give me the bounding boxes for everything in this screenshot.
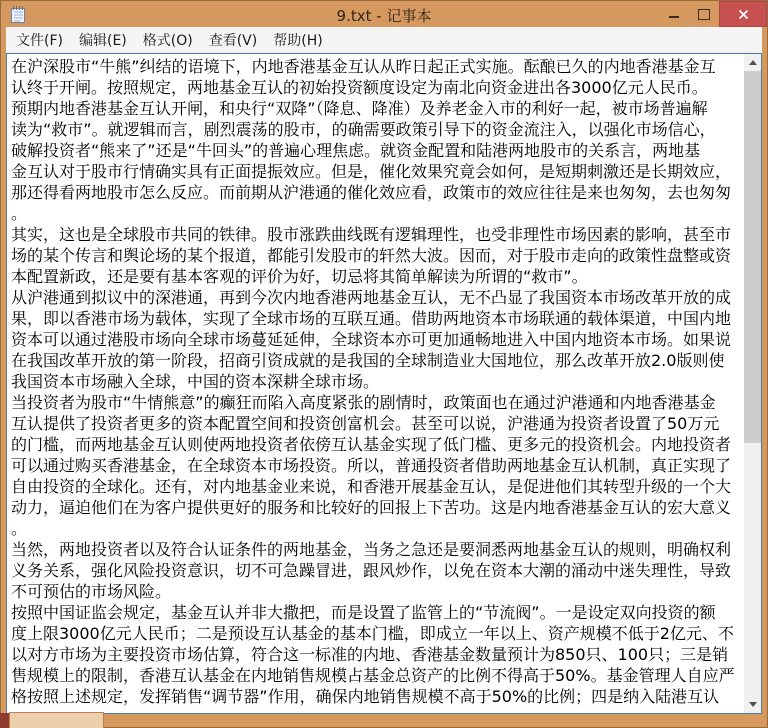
text-line: 其实，这也是全球股市共同的铁律。股市涨跌曲线既有逻辑理性，也受非理性市场因素的影… (11, 224, 744, 245)
scrollbar-thumb[interactable] (744, 71, 761, 443)
text-line: 资本可以通过港股市场向全球市场蔓延延伸，全球资本亦可更加通畅地进入中国内地资本市… (11, 329, 744, 350)
close-icon (737, 8, 750, 21)
text-line: 按照中国证监会规定，基金互认并非大撒把，而是设置了监管上的“节流阀”。一是设定双… (11, 602, 744, 623)
scroll-down-button[interactable] (744, 696, 761, 713)
text-line: 。 (11, 518, 744, 539)
text-line: 场的某个传言和舆论场的某个报道，都能引发股市的轩然大波。因而，对于股市走向的政策… (11, 245, 744, 266)
title-bar[interactable]: 9.txt - 记事本 (1, 1, 767, 27)
window-controls (659, 1, 767, 27)
text-line: 售规模上的限制，香港互认基金在内地销售规模占基金总资产的比例不得高于50%。基金… (11, 665, 744, 686)
text-line: 从沪港通到拟议中的深港通，再到今次内地香港两地基金互认，无不凸显了我国资本市场改… (11, 287, 744, 308)
text-line: 果，即以香港市场为载体，实现了全球市场的互联互通。借助两地资本市场联通的载体渠道… (11, 308, 744, 329)
menu-item-file[interactable]: 文件(F) (8, 26, 71, 54)
text-line: 度上限3000亿元人民币；二是预设互认基金的基本门槛，即成立一年以上、资产规模不… (11, 623, 744, 644)
text-line: 格按照上述规定，发挥销售“调节器”作用，确保内地销售规模不高于50%的比例；四是… (11, 686, 744, 707)
text-line: 动力，逼迫他们在为客户提供更好的服务和比较好的回报上下苦功。这是内地香港基金互认… (11, 497, 744, 518)
menu-bar: 文件(F)编辑(E)格式(O)查看(V)帮助(H) (6, 27, 762, 53)
minimize-button[interactable] (659, 1, 689, 27)
vertical-scrollbar[interactable] (744, 54, 761, 713)
text-line: 认终于开闸。按照规定，两地基金互认的初始投资额度设定为南北向资金进出各3000亿… (11, 77, 744, 98)
text-line: 破解投资者“熊来了”还是“牛回头”的普遍心理焦虑。就资金配置和陆港两地股市的关系… (11, 140, 744, 161)
text-line: 当然，两地投资者以及符合认证条件的两地基金，当务之急还是要洞悉两地基金互认的规则… (11, 539, 744, 560)
window-title: 9.txt - 记事本 (1, 5, 767, 26)
maximize-icon (698, 9, 710, 20)
chevron-up-icon (749, 60, 757, 65)
text-editor[interactable]: 在沪深股市“牛熊”纠结的语境下，内地香港基金互认从昨日起正式实施。酝酿已久的内地… (7, 54, 744, 713)
text-line: 在我国改革开放的第一阶段，招商引资成就的是我国的全球制造业大国地位，那么改革开放… (11, 350, 744, 371)
text-line: 我国资本市场融入全球，中国的资本深耕全球市场。 (11, 371, 744, 392)
text-line: 本配置新政，还是要有基本客观的评价为好，切忌将其简单解读为所谓的“救市”。 (11, 266, 744, 287)
menu-item-help[interactable]: 帮助(H) (265, 26, 330, 54)
text-line: 读为“救市”。就逻辑而言，剧烈震荡的股市，的确需要政策引导下的资金流注入，以强化… (11, 119, 744, 140)
text-line: 当投资者为股市“牛情熊意”的癫狂而陷入高度紧张的剧情时，政策面也在通过沪港通和内… (11, 392, 744, 413)
text-line: 。 (11, 203, 744, 224)
text-line: 金互认对于股市行情确实具有正面提振效应。但是，催化效果究竟会如何，是短期刺激还是… (11, 161, 744, 182)
maximize-button[interactable] (689, 1, 719, 27)
menu-item-format[interactable]: 格式(O) (135, 26, 201, 54)
text-line: 在沪深股市“牛熊”纠结的语境下，内地香港基金互认从昨日起正式实施。酝酿已久的内地… (11, 56, 744, 77)
chevron-down-icon (749, 702, 757, 707)
background-window-fragment (9, 712, 104, 728)
background-window-fragment-left (0, 713, 9, 728)
text-line: 那还得看两地股市怎么反应。而前期从沪港通的催化效应看，政策市的效应往往是来也匆匆… (11, 182, 744, 203)
text-line: 预期内地香港基金互认开闸，和央行“双降”（降息、降准）及养老金入市的利好一起，被… (11, 98, 744, 119)
text-line: 不可预估的市场风险。 (11, 581, 744, 602)
minimize-icon (669, 16, 679, 18)
text-line: 可以通过购买香港基金，在全球资本市场投资。所以，普通投资者借助两地基金互认机制，… (11, 455, 744, 476)
menu-item-view[interactable]: 查看(V) (201, 26, 266, 54)
editor-client-area: 在沪深股市“牛熊”纠结的语境下，内地香港基金互认从昨日起正式实施。酝酿已久的内地… (6, 53, 762, 714)
text-line: 互认提供了投资者更多的资本配置空间和投资创富机会。甚至可以说，沪港通为投资者设置… (11, 413, 744, 434)
text-line: 自由投资的全球化。还有，对内地基金业来说，和香港开展基金互认，是促进他们其转型升… (11, 476, 744, 497)
notepad-window: 9.txt - 记事本 文件(F)编辑(E)格式(O)查看(V)帮助(H) 在沪… (0, 0, 768, 728)
scroll-up-button[interactable] (744, 54, 761, 71)
close-button[interactable] (719, 1, 767, 27)
menu-item-edit[interactable]: 编辑(E) (71, 26, 135, 54)
text-line: 义务关系，强化风险投资意识，切不可急躁冒进，跟风炒作，以免在资本大潮的涌动中迷失… (11, 560, 744, 581)
text-line: 以对方市场为主要投资市场估算，符合这一标准的内地、香港基金数量预计为850只、1… (11, 644, 744, 665)
text-line: 的门槛，而两地基金互认则使两地投资者依傍互认基金实现了低门槛、更多元的投资机会。… (11, 434, 744, 455)
